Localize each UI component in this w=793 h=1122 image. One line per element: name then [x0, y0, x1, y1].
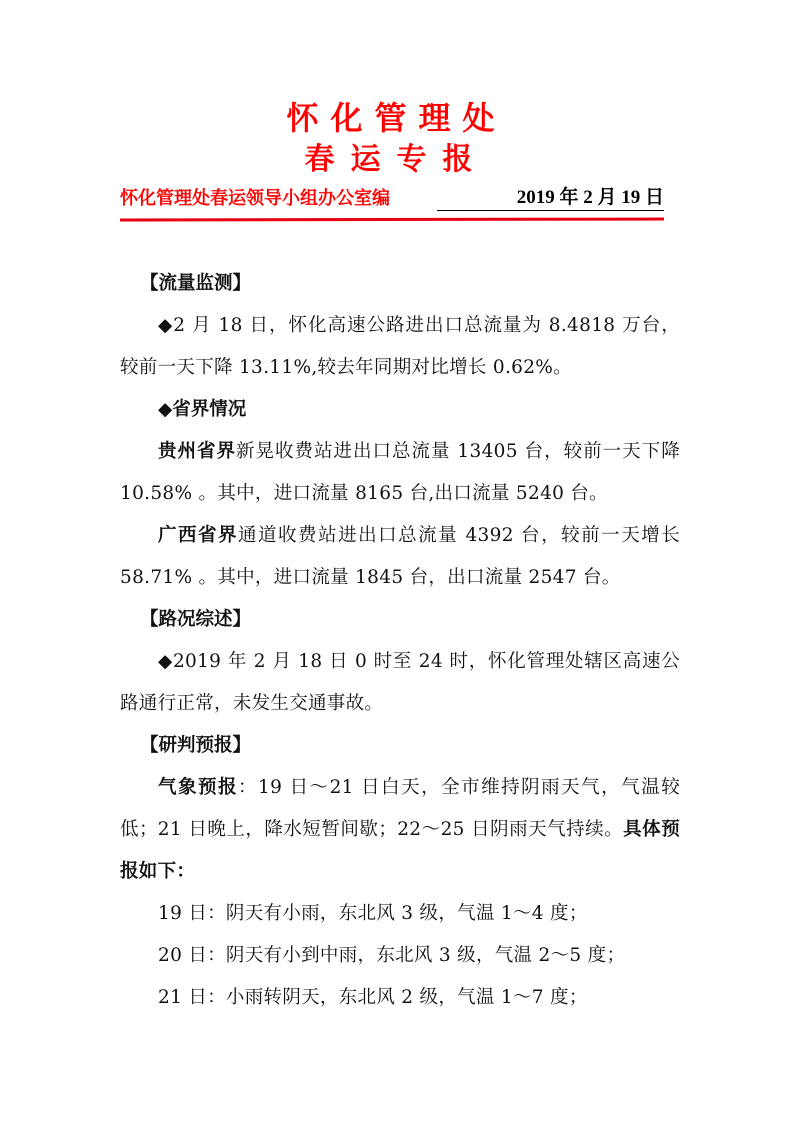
- section-heading-forecast: 【研判预报】: [120, 725, 680, 767]
- section-heading-flow: 【流量监测】: [120, 263, 680, 305]
- guizhou-paragraph: 贵州省界新晃收费站进出口总流量 13405 台，较前一天下降 10.58% 。其…: [120, 431, 680, 515]
- section-heading-border: ◆省界情况: [120, 389, 680, 431]
- guangxi-label: 广西省界: [158, 525, 238, 546]
- guizhou-label: 贵州省界: [158, 441, 236, 462]
- forecast-day: 19 日：阴天有小雨，东北风 3 级，气温 1～4 度；: [120, 893, 680, 935]
- report-body: 【流量监测】 ◆2 月 18 日，怀化高速公路进出口总流量为 8.4818 万台…: [120, 263, 680, 1019]
- org-title: 怀化管理处: [0, 96, 793, 140]
- header-subline: 怀化管理处春运领导小组办公室编 2019 年 2 月 19 日: [120, 186, 664, 212]
- editor-label: 怀化管理处春运领导小组办公室编: [120, 186, 390, 212]
- header-divider: [120, 218, 664, 222]
- guangxi-paragraph: 广西省界通道收费站进出口总流量 4392 台，较前一天增长 58.71% 。其中…: [120, 515, 680, 599]
- forecast-day: 21 日：小雨转阴天，东北风 2 级，气温 1～7 度；: [120, 977, 680, 1019]
- report-date: 2019 年 2 月 19 日: [437, 186, 664, 211]
- road-paragraph: ◆2019 年 2 月 18 日 0 时至 24 时，怀化管理处辖区高速公路通行…: [120, 641, 680, 725]
- report-title: 春运专报: [0, 140, 793, 180]
- weather-paragraph: 气象预报：19 日～21 日白天，全市维持阴雨天气，气温较低；21 日晚上，降水…: [120, 767, 680, 893]
- forecast-day: 20 日：阴天有小到中雨，东北风 3 级，气温 2～5 度；: [120, 935, 680, 977]
- flow-paragraph: ◆2 月 18 日，怀化高速公路进出口总流量为 8.4818 万台，较前一天下降…: [120, 305, 680, 389]
- section-heading-road: 【路况综述】: [120, 599, 680, 641]
- weather-label: 气象预报: [158, 777, 238, 798]
